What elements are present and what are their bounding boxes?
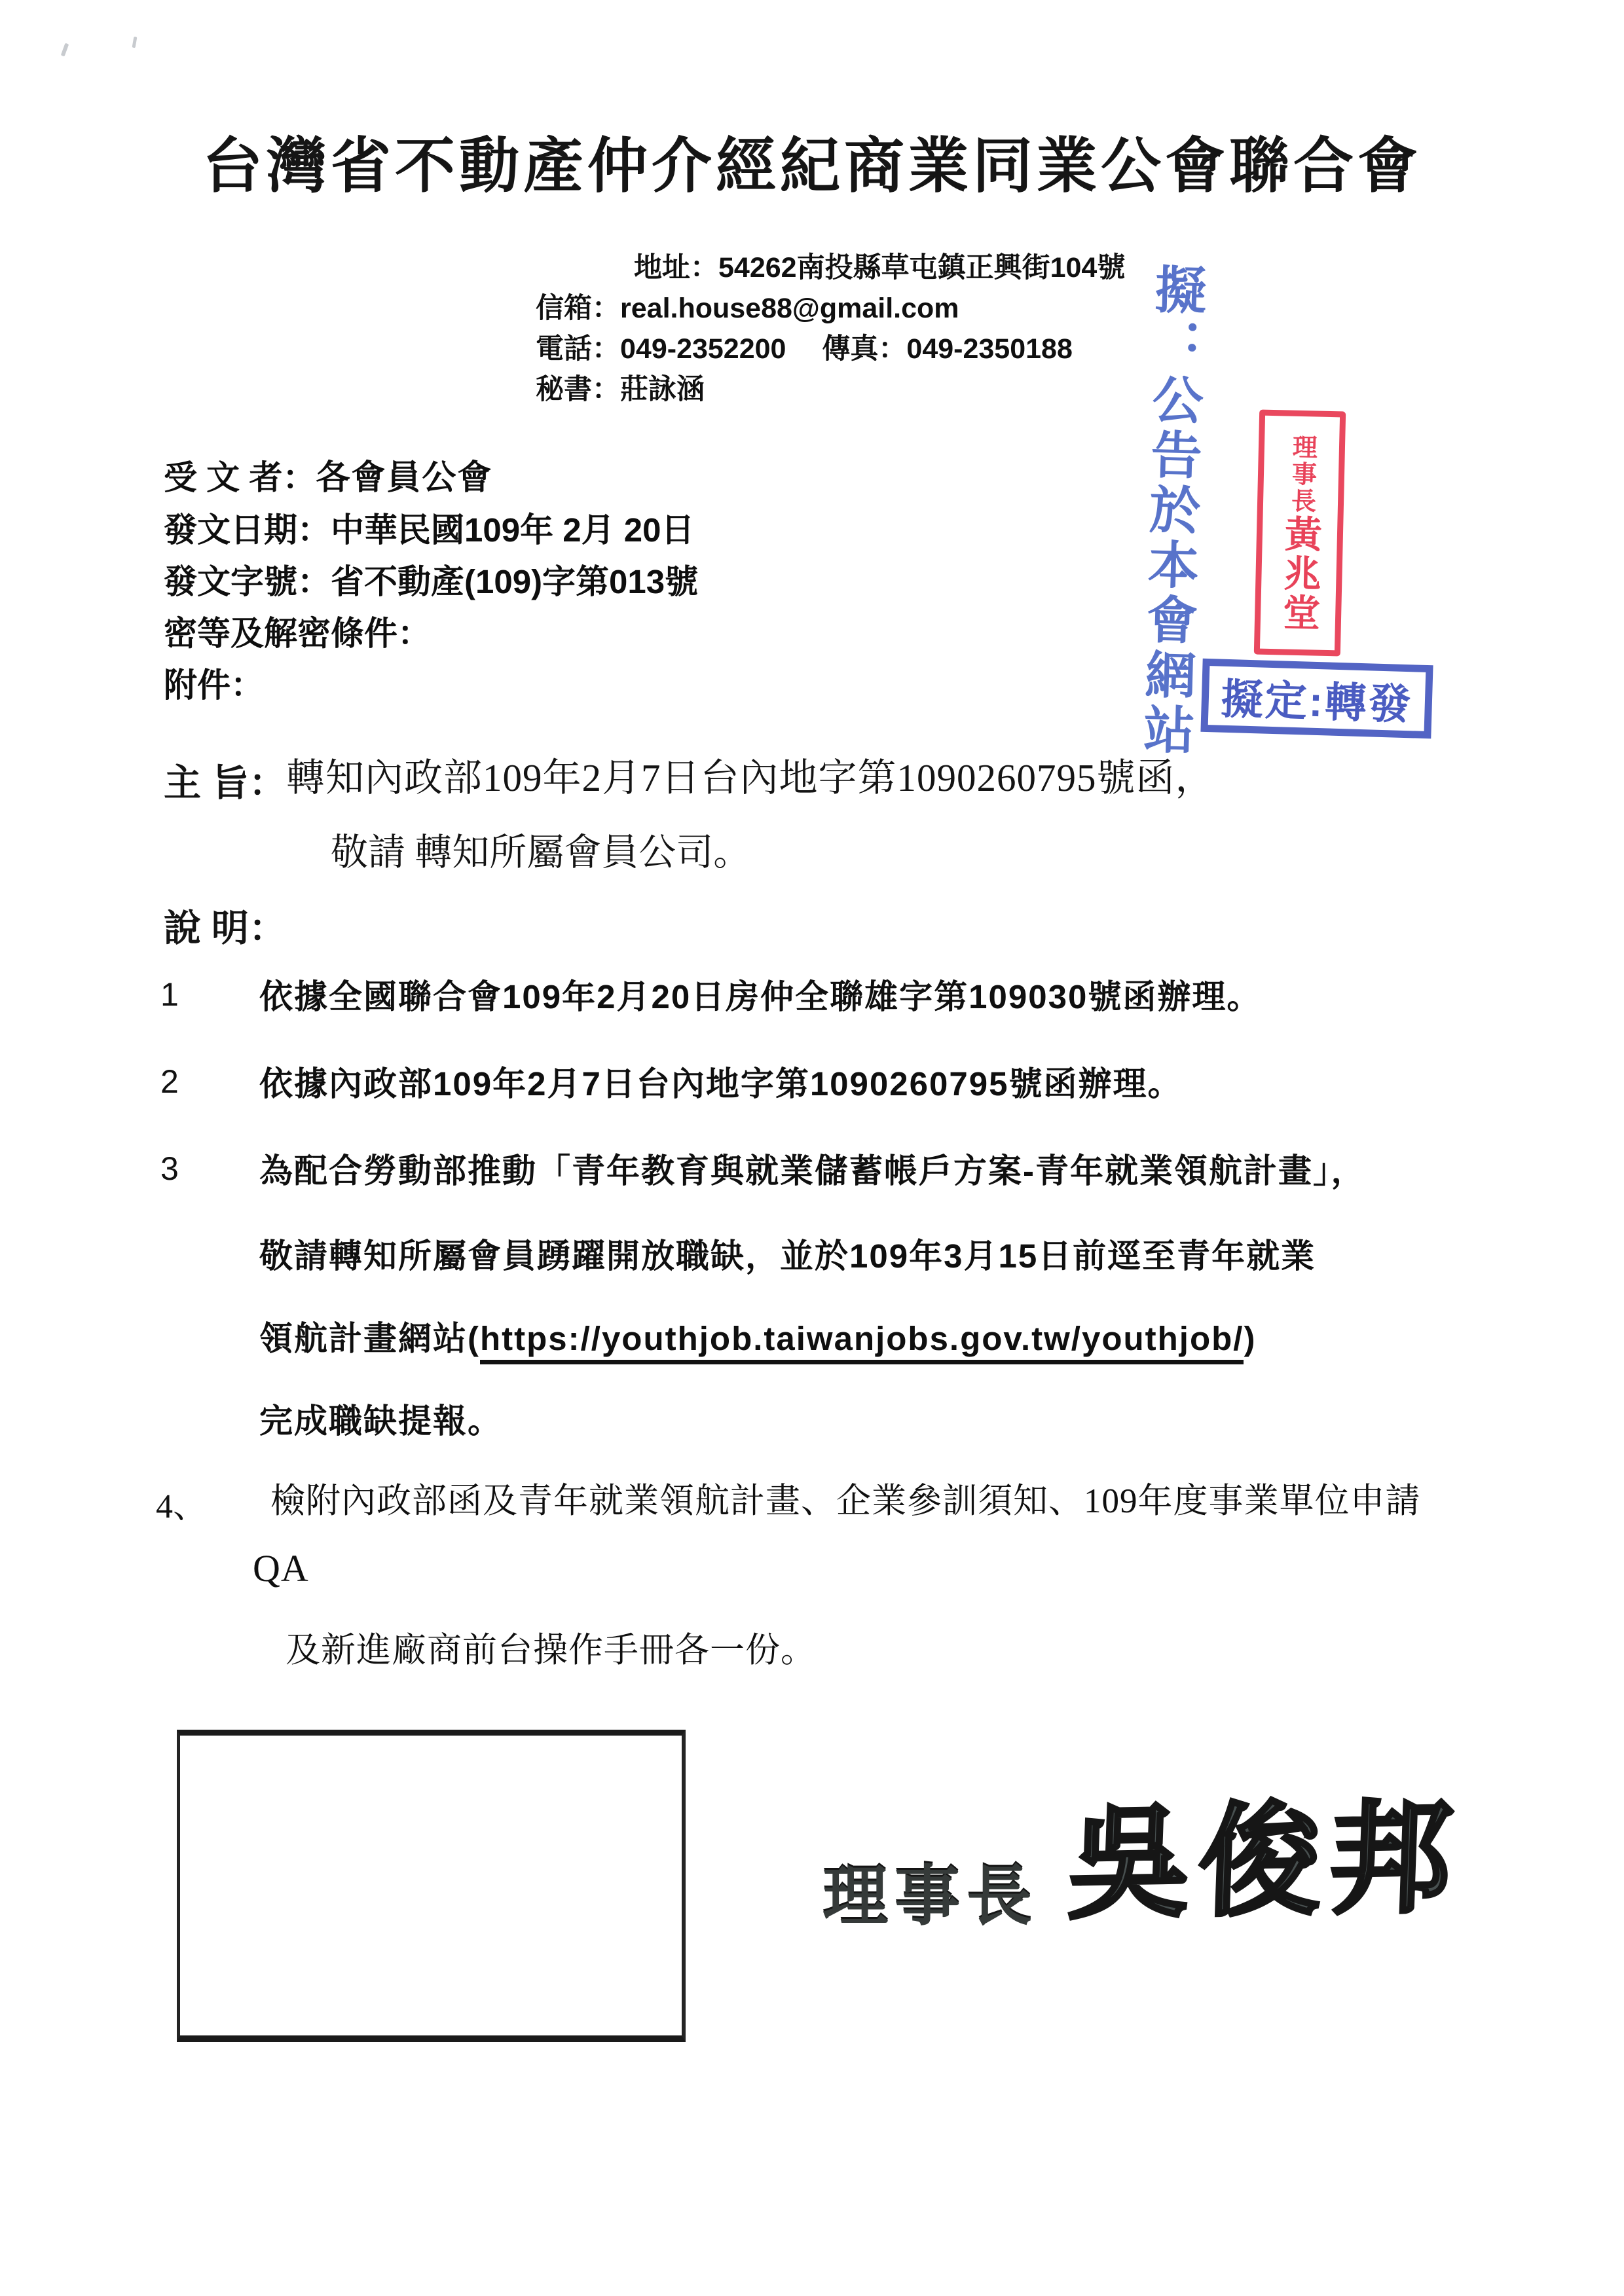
- action-blue-stamp-text: 擬定:轉發: [1221, 666, 1414, 732]
- stamp-name: 黃兆堂: [1277, 514, 1321, 632]
- recipient-value: 各會員公會: [316, 459, 492, 497]
- item-1-number: 1: [160, 975, 179, 1013]
- stamp-title: 理事長: [1287, 433, 1316, 515]
- explanation-label: 說 明：: [164, 898, 286, 952]
- website-label-close: ): [1244, 1320, 1256, 1357]
- item-1-text: 依據全國聯合會109年2月20日房仲全聯雄字第109030號函辦理。: [259, 970, 1261, 1018]
- item-2-text: 依據內政部109年2月7日台內地字第1090260795號函辦理。: [259, 1057, 1182, 1105]
- item-4-number: 4、: [156, 1478, 207, 1527]
- contact-email: 信箱：real.house88@gmail.com: [536, 288, 1125, 329]
- contact-secretary: 秘書：莊詠涵: [536, 369, 1125, 410]
- subject-line-2: 敬請 轉知所屬會員公司。: [331, 822, 750, 876]
- website-label: 領航計畫網站(: [259, 1320, 480, 1357]
- contact-address: 地址：54262南投縣草屯鎮正興街104號: [536, 247, 1125, 288]
- subject-label: 主 旨：: [164, 753, 286, 807]
- scan-speck: [132, 37, 138, 48]
- youthjob-url-link[interactable]: https://youthjob.taiwanjobs.gov.tw/youth…: [480, 1320, 1244, 1364]
- doc-number-line: 發文字號：省不動產(109)字第013號: [164, 556, 698, 608]
- security-line: 密等及解密條件：: [164, 608, 698, 659]
- scanned-letter-page: 台灣省不動產仲介經紀商業同業公會聯合會 地址：54262南投縣草屯鎮正興街104…: [0, 0, 1624, 2296]
- association-title: 台灣省不動產仲介經紀商業同業公會聯合會: [0, 118, 1624, 204]
- item-3-line-1: 為配合勞動部推動「青年教育與就業儲蓄帳戶方案-青年就業領航計畫」，: [259, 1144, 1366, 1192]
- recipient-label: 受 文 者：: [164, 459, 316, 496]
- scan-speck: [61, 43, 69, 57]
- issue-date-line: 發文日期：中華民國109年 2月 20日: [164, 504, 698, 556]
- item-2-number: 2: [160, 1063, 179, 1101]
- attachment-line: 附件：: [164, 659, 698, 711]
- action-blue-stamp: 擬定:轉發: [1200, 659, 1433, 738]
- item-3-number: 3: [160, 1150, 179, 1188]
- chairman-red-stamp-text: 理事長黃兆堂: [1279, 433, 1321, 632]
- item-4-line-3: 及新進廠商前台操作手冊各一份。: [286, 1622, 816, 1672]
- empty-seal-frame: [177, 1730, 686, 2042]
- chairman-red-stamp: 理事長黃兆堂: [1254, 410, 1346, 657]
- signature-title: 理事長: [822, 1844, 1039, 1938]
- handwritten-blue-note: 擬：公告於本會網站: [1138, 263, 1202, 774]
- contact-phone-fax: 電話：049-2352200 傳真：049-2350188: [536, 329, 1125, 369]
- subject-line-1: 轉知內政部109年2月7日台內地字第1090260795號函，: [286, 746, 1215, 802]
- item-4-line-1: 檢附內政部函及青年就業領航計畫、企業參訓須知、109年度事業單位申請: [270, 1473, 1421, 1523]
- letter-meta-block: 受 文 者：各會員公會 發文日期：中華民國109年 2月 20日 發文字號：省不…: [164, 452, 698, 711]
- item-3-line-2: 敬請轉知所屬會員踴躍開放職缺，並於109年3月15日前逕至青年就業: [259, 1229, 1316, 1277]
- item-3-line-3: 領航計畫網站(https://youthjob.taiwanjobs.gov.t…: [259, 1311, 1256, 1360]
- item-3-line-4: 完成職缺提報。: [259, 1394, 502, 1442]
- recipient-line: 受 文 者：各會員公會: [164, 452, 698, 504]
- chairman-signature-name: 吳俊邦: [1065, 1760, 1464, 1942]
- contact-block: 地址：54262南投縣草屯鎮正興街104號 信箱：real.house88@gm…: [536, 247, 1125, 410]
- item-4-line-2-qa: QA: [253, 1546, 309, 1590]
